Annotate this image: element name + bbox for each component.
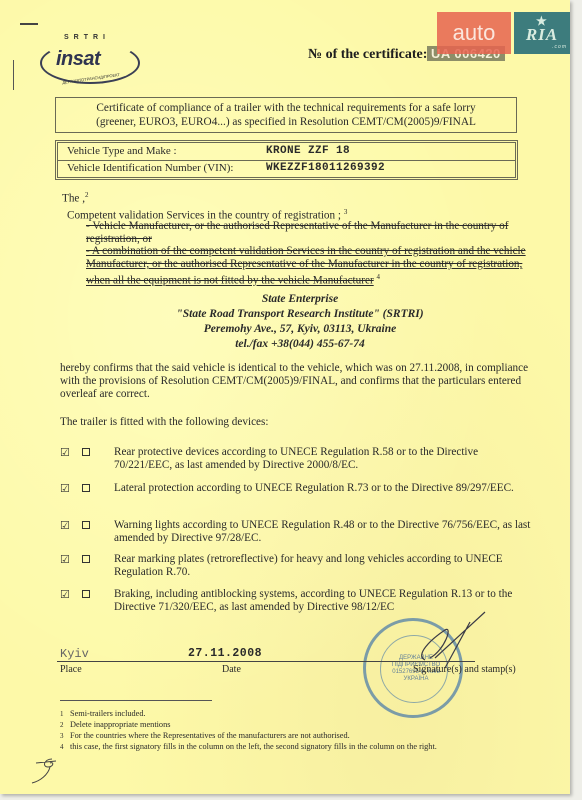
empty-checkbox[interactable] (82, 484, 90, 492)
vehicle-type-value: KRONE ZZF 18 (266, 145, 350, 157)
watermark-ria: ★ RIA .com (514, 12, 570, 54)
footnote-ref: 4 (376, 273, 380, 281)
devices-intro: The trailer is fitted with the following… (60, 416, 268, 429)
footnote: 2Delete inappropriate mentions (60, 720, 170, 730)
checked-checkbox-icon[interactable]: ☑ (60, 553, 70, 566)
footnote-number: 2 (60, 720, 70, 730)
watermark-ria-sub: .com (552, 24, 567, 70)
intro-text: The (62, 193, 79, 205)
vehicle-type-row: Vehicle Type and Make : KRONE ZZF 18 (58, 143, 515, 161)
issuer-block: State Enterprise "State Road Transport R… (120, 292, 480, 352)
issuer-option-manufacturer: - Vehicle Manufacturer, or the authorise… (86, 220, 534, 246)
footnote-text: Delete inappropriate mentions (70, 720, 170, 729)
issuer-option-combination: - A combination of the competent validat… (86, 245, 536, 288)
issuer-line-1: State Enterprise (120, 292, 480, 307)
initials-icon (30, 755, 70, 785)
pen-mark (20, 23, 38, 25)
place-label: Place (60, 664, 82, 675)
footnote: 3For the countries where the Representat… (60, 731, 350, 741)
footnote-ref: 2 (85, 191, 89, 199)
empty-checkbox[interactable] (82, 590, 90, 598)
issuer-line-4: tel./fax +38(044) 455-67-74 (120, 337, 480, 352)
vehicle-type-label: Vehicle Type and Make : (67, 145, 177, 157)
checked-checkbox-icon[interactable]: ☑ (60, 519, 70, 532)
footnote-number: 4 (60, 742, 70, 752)
device-text: Rear protective devices according to UNE… (114, 446, 534, 472)
footnote: 1Semi-trailers included. (60, 709, 146, 719)
footnote-divider (60, 700, 212, 701)
issuer-intro: The ,2 (62, 189, 89, 206)
footnote-text: Semi-trailers included. (70, 709, 146, 718)
signature-line (57, 661, 475, 662)
issuer-line-2: "State Road Transport Research Institute… (120, 307, 480, 322)
certificate-number-label: № of the certificate: (308, 47, 427, 63)
vin-row: Vehicle Identification Number (VIN): WKE… (58, 160, 515, 177)
footnote-text: For the countries where the Representati… (70, 731, 350, 740)
watermark-auto: auto (437, 12, 511, 54)
vehicle-table: Vehicle Type and Make : KRONE ZZF 18 Veh… (55, 140, 518, 180)
footnote-number: 3 (60, 731, 70, 741)
device-text: Warning lights according to UNECE Regula… (114, 519, 534, 545)
place-value: Kyiv (60, 647, 89, 661)
logo-name: insat (56, 48, 100, 71)
certificate-title: Certificate of compliance of a trailer w… (55, 97, 517, 133)
footnote-number: 1 (60, 709, 70, 719)
signature-label: Signature(s) and stamp(s) (413, 664, 516, 675)
issuer-line-3: Peremohy Ave., 57, Kyiv, 03113, Ukraine (120, 322, 480, 337)
date-value: 27.11.2008 (188, 647, 262, 660)
empty-checkbox[interactable] (82, 555, 90, 563)
checked-checkbox-icon[interactable]: ☑ (60, 446, 70, 459)
device-text: Lateral protection according to UNECE Re… (114, 482, 534, 495)
title-line-1: Certificate of compliance of a trailer w… (56, 101, 516, 115)
footnote: 4this case, the first signatory fills in… (60, 742, 437, 752)
logo-arc-text: SRTRI (64, 34, 110, 41)
checked-checkbox-icon[interactable]: ☑ (60, 482, 70, 495)
title-line-2: (greener, EURO3, EURO4...) as specified … (56, 115, 516, 129)
footnote-ref: 3 (344, 208, 348, 216)
pen-mark (13, 60, 18, 90)
option-text: - A combination of the competent validat… (86, 245, 526, 287)
checked-checkbox-icon[interactable]: ☑ (60, 588, 70, 601)
vin-label: Vehicle Identification Number (VIN): (67, 162, 233, 174)
star-icon: ★ (536, 0, 548, 44)
empty-checkbox[interactable] (82, 448, 90, 456)
footnote-text: this case, the first signatory fills in … (70, 742, 437, 751)
date-label: Date (222, 664, 241, 675)
vin-value: WKEZZF18011269392 (266, 162, 385, 174)
certificate-page: SRTRI insat ДЕРЖАВТОТРАНСНДІПРОЕКТ № of … (0, 0, 570, 794)
insat-logo: SRTRI insat ДЕРЖАВТОТРАНСНДІПРОЕКТ (40, 36, 140, 84)
device-text: Rear marking plates (retroreflective) fo… (114, 553, 534, 579)
confirmation-text: hereby confirms that the said vehicle is… (60, 362, 530, 401)
empty-checkbox[interactable] (82, 521, 90, 529)
